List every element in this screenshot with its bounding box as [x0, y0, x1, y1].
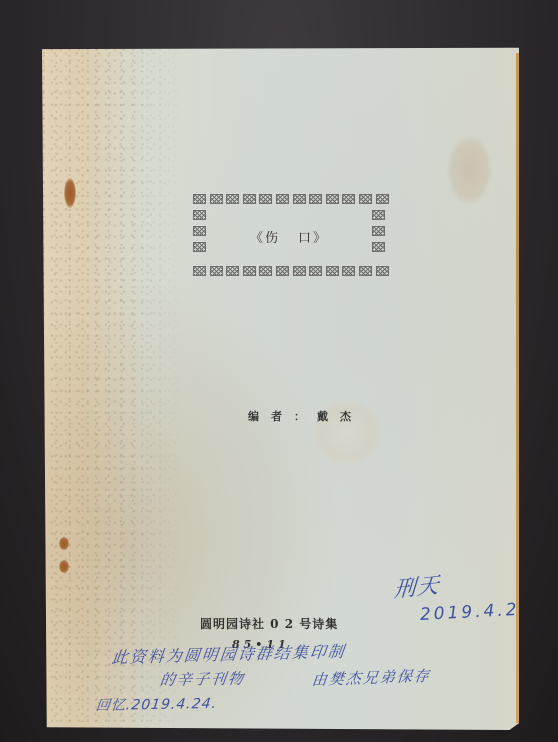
title-open-bracket: 《 [250, 231, 265, 246]
author-label-char: 编 [248, 410, 259, 423]
rust-stain [64, 178, 76, 208]
ornament-glyph [210, 266, 223, 276]
ornament-row-bottom [193, 266, 389, 276]
collection-title: 《伤口》 [193, 227, 385, 246]
title-close-bracket: 》 [313, 231, 328, 246]
ornament-glyph [259, 194, 272, 204]
handwritten-note-line: 此资料为圆明园诗群结集印制 [111, 639, 348, 668]
handwritten-note-line: 由樊杰兄弟保存 [311, 665, 432, 690]
handwritten-signature: 刑天 [393, 568, 441, 604]
document-page: 《伤口》 编者：戴杰 圆明园诗社 0 2 号诗集 85•11 刑天 2019.4… [42, 45, 519, 730]
author-colon: ： [294, 410, 305, 423]
handwritten-note-line: 的辛子刊物 [159, 667, 247, 690]
ornament-glyph [376, 194, 389, 204]
ornament-glyph [193, 266, 206, 276]
title-char: 伤 [265, 231, 280, 246]
ornament-glyph [372, 210, 385, 220]
rust-stain [59, 537, 69, 550]
title-ornament-frame: 《伤口》 [193, 194, 385, 276]
ornament-glyph [326, 194, 339, 204]
ornament-glyph [276, 266, 289, 276]
ornament-glyph [359, 194, 372, 204]
ornament-glyph [326, 266, 339, 276]
ornament-glyph [342, 266, 355, 276]
author-label-char: 者 [271, 410, 282, 423]
ornament-glyph [293, 194, 306, 204]
rust-stain [59, 560, 69, 573]
ornament-glyph [309, 194, 322, 204]
author-name-char: 杰 [340, 410, 351, 423]
ornament-glyph [276, 194, 289, 204]
series-label: 圆明园诗社 0 2 号诗集 [200, 615, 338, 632]
ornament-glyph [243, 266, 256, 276]
author-name-char: 戴 [317, 410, 328, 423]
ornament-glyph [359, 266, 372, 276]
ornament-glyph [193, 194, 206, 204]
ornament-glyph [226, 266, 239, 276]
ornament-glyph [210, 194, 223, 204]
ornament-row-top [193, 194, 389, 204]
ornament-glyph [259, 266, 272, 276]
ornament-glyph [226, 194, 239, 204]
ornament-glyph [342, 194, 355, 204]
title-char: 口 [298, 231, 313, 246]
ornament-glyph [193, 210, 206, 220]
ornament-glyph [309, 266, 322, 276]
ornament-glyph [376, 266, 389, 276]
ornament-glyph [293, 266, 306, 276]
page-edge [516, 53, 520, 723]
ornament-glyph [243, 194, 256, 204]
water-stain [447, 135, 492, 205]
author-line: 编者：戴杰 [248, 408, 363, 424]
handwritten-note-date: 回忆.2019.4.24. [95, 693, 219, 715]
